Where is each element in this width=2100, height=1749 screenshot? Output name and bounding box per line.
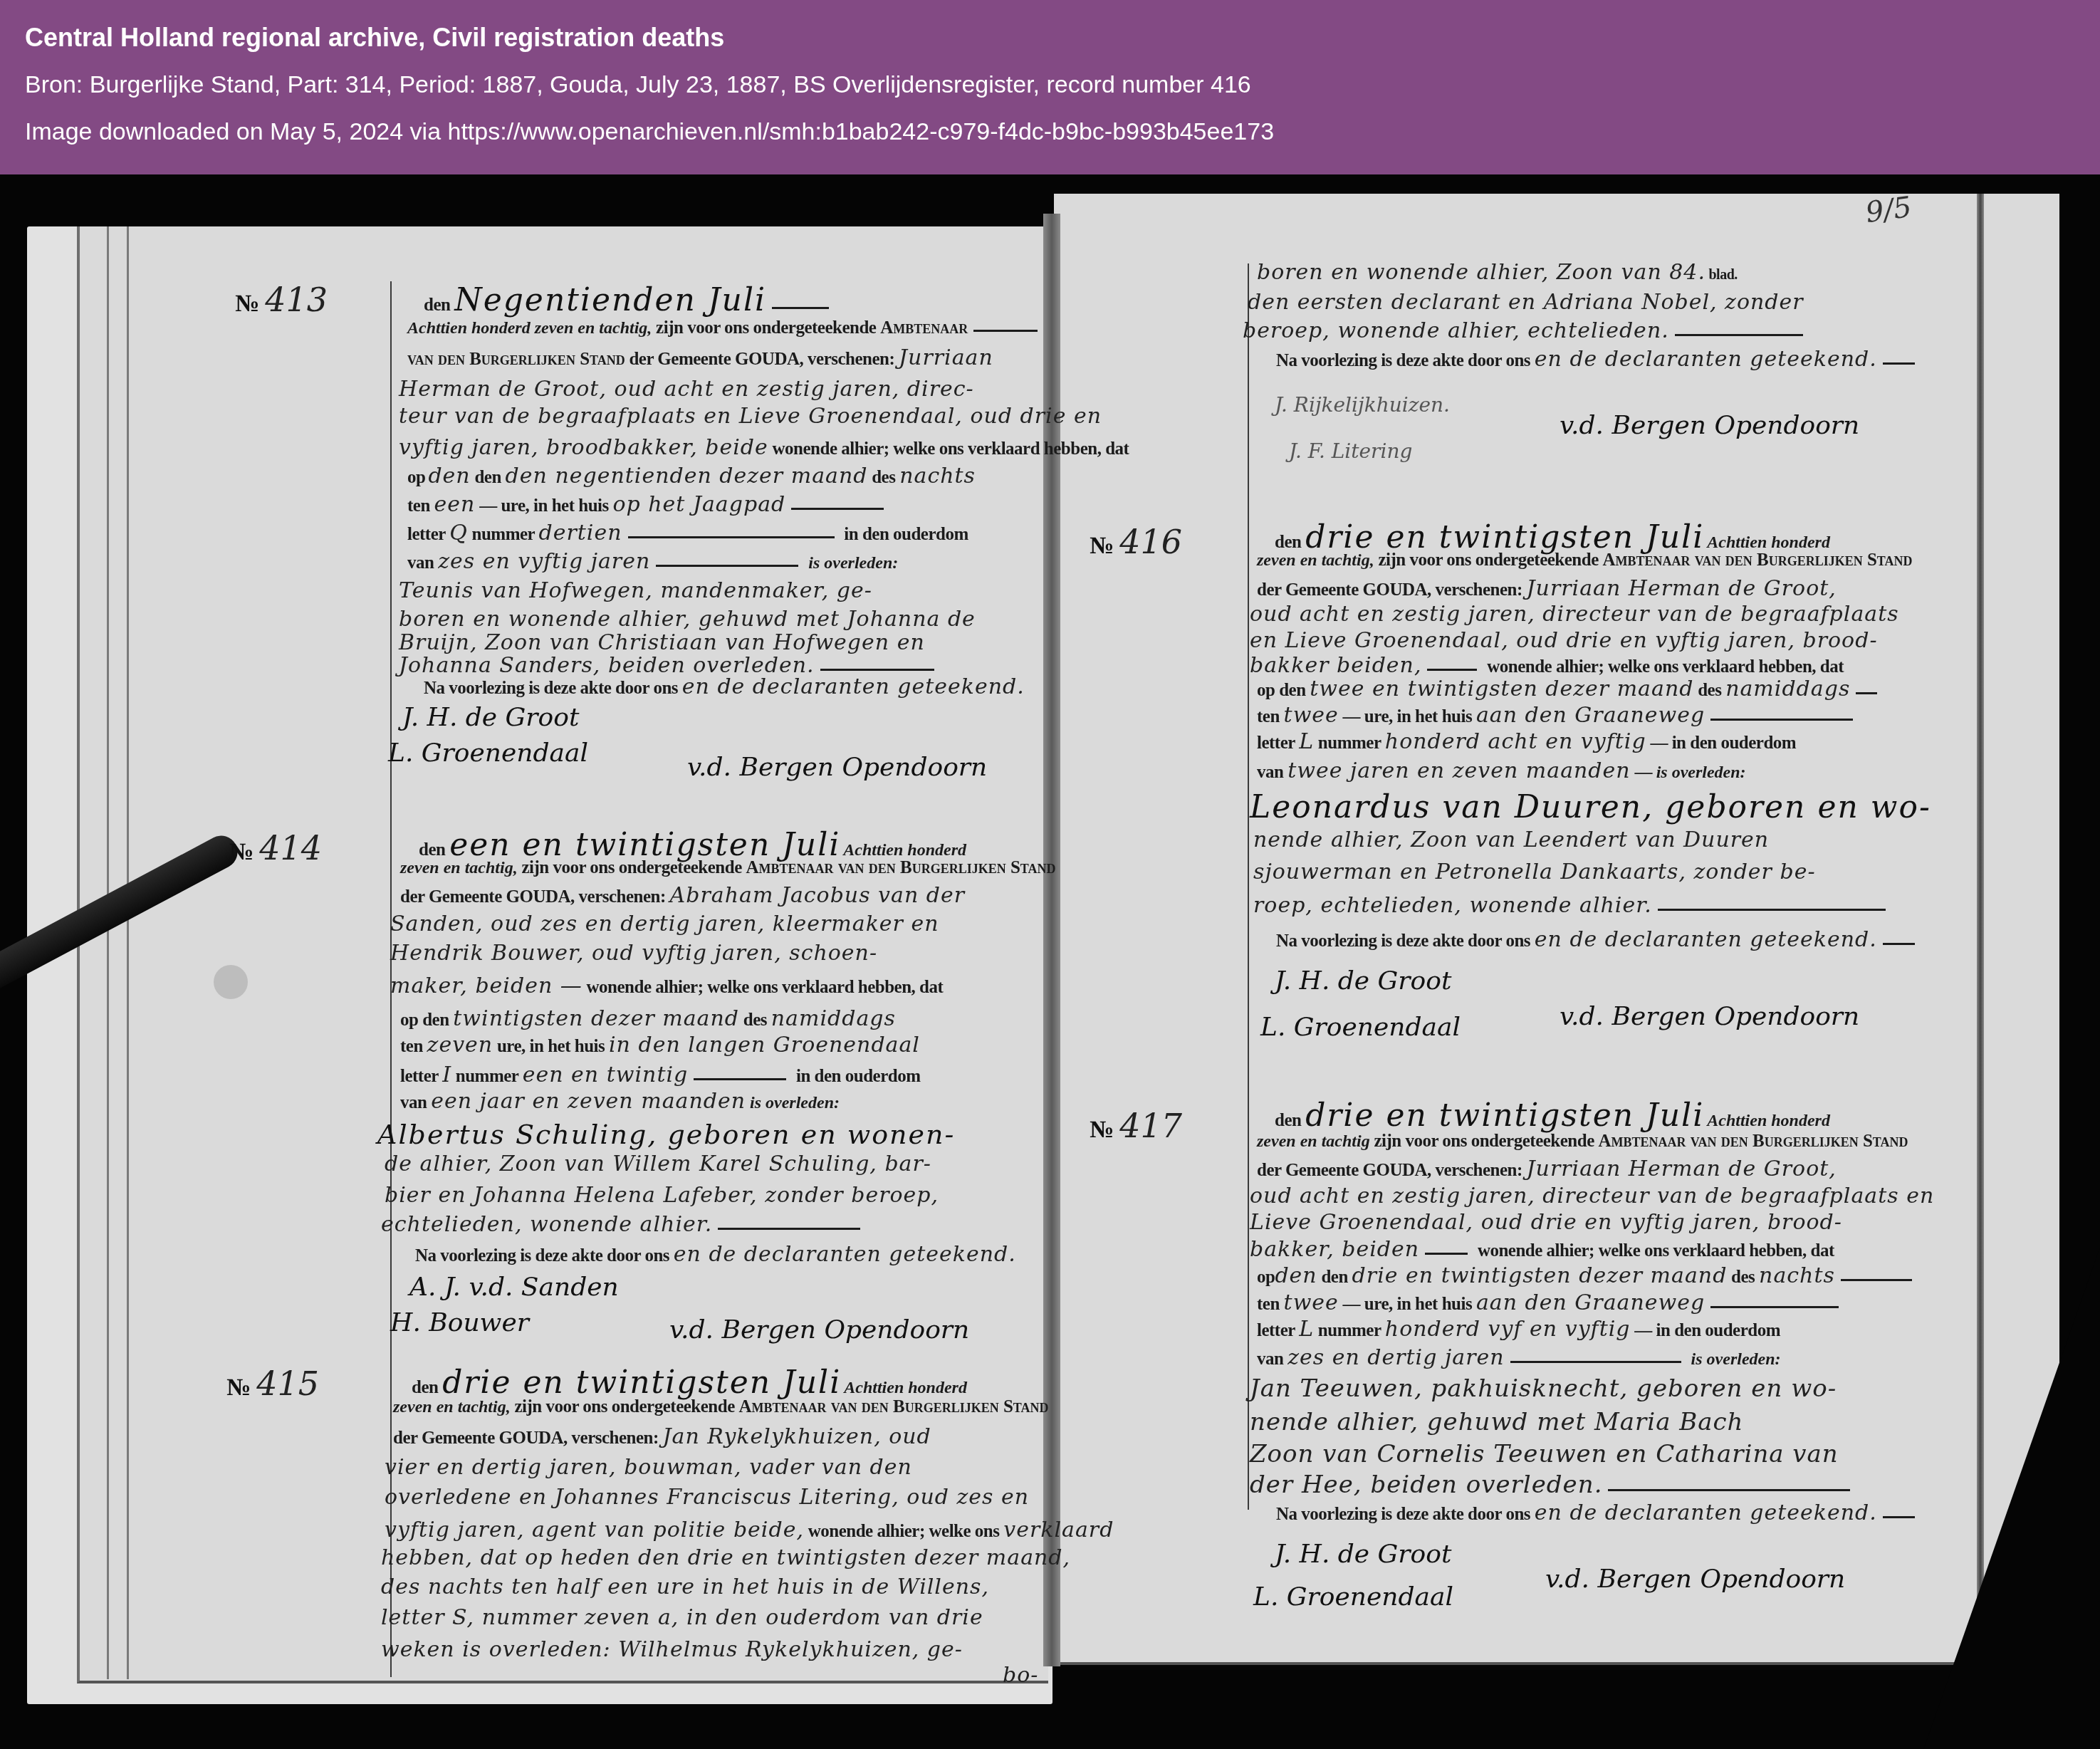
archive-header: Central Holland regional archive, Civil … <box>0 0 2100 174</box>
record-text: boren en wonende alhier, Zoon van 84. <box>1257 260 1705 285</box>
death-day: den negentienden dezer maand <box>506 464 868 489</box>
declarant: Abraham Jacobus van der <box>670 883 966 908</box>
deceased-name: Leonardus van Duuren, geboren en wo- <box>1250 789 1931 825</box>
printed-text: in den ouderdom <box>792 1067 920 1086</box>
printed-text: letter <box>407 525 449 544</box>
printed-text: der Gemeente GOUDA, verschenen: <box>625 350 899 369</box>
record-text: den eersten declarant en Adriana Nobel, … <box>1248 290 1804 315</box>
printed-text: is overleden: <box>746 1094 840 1112</box>
printed-text: letter <box>400 1067 442 1086</box>
record-text: weken is overleden: Wilhelmus Rykelykhui… <box>381 1637 963 1662</box>
number-sign: № <box>235 291 259 317</box>
printed-text: — in den ouderdom <box>1646 733 1796 753</box>
right-column-rule <box>1248 263 1249 1510</box>
right-margin-rule <box>1977 194 1984 1661</box>
folio-mark: 9/5 <box>1864 191 1913 230</box>
signature: v.d. Bergen Opendoorn <box>687 753 987 782</box>
printed-text: der Gemeente GOUDA, verschenen: <box>1257 580 1527 600</box>
printed-text: Achttien honderd <box>1707 1112 1830 1130</box>
declarant-details: oud acht en zestig jaren, directeur van … <box>1250 602 1899 627</box>
printed-text: Ambtenaar <box>880 318 968 338</box>
printed-text: op <box>407 468 425 487</box>
number-sign: № <box>229 839 254 865</box>
number-sign: № <box>226 1374 251 1401</box>
hour: twee <box>1284 703 1339 728</box>
record-text: beroep, wonende alhier, echtelieden. <box>1243 318 1669 343</box>
printed-text: op <box>1257 1268 1275 1287</box>
signature: A. J. v.d. Sanden <box>409 1273 619 1302</box>
signature: L. Groenendaal <box>1260 1013 1461 1042</box>
house-letter: L <box>1299 729 1314 754</box>
printed-text: der Gemeente GOUDA, verschenen: <box>1257 1161 1527 1180</box>
deceased-details: sjouwerman en Petronella Dankaarts, zond… <box>1253 860 1816 884</box>
time-of-day: namiddags <box>1725 677 1850 701</box>
deceased-details: boren en wonende alhier, gehuwd met Joha… <box>399 607 976 632</box>
declarant-details: Sanden, oud zes en dertig jaren, kleerma… <box>390 912 939 936</box>
printed-text: Achttien honderd <box>843 841 966 860</box>
printed-text: Achttien honderd zeven en tachtig, <box>407 319 652 338</box>
printed-text: — in den ouderdom <box>1631 1321 1780 1340</box>
declarant-details: en Lieve Groenendaal, oud drie en vyftig… <box>1250 628 1878 653</box>
printed-text: den <box>471 468 506 487</box>
printed-text: van <box>1257 1349 1287 1369</box>
declarant: Jurriaan Herman de Groot, <box>1527 576 1837 601</box>
printed-text: in den ouderdom <box>840 525 968 544</box>
handwritten-text: den <box>428 464 470 489</box>
deceased-name: Albertus Schuling, geboren en wonen- <box>377 1119 955 1150</box>
printed-text: des <box>739 1011 771 1030</box>
printed-text: letter <box>1257 1321 1299 1340</box>
declarant-details: Herman de Groot, oud acht en zestig jare… <box>399 377 974 402</box>
deceased-details: nende alhier, Zoon van Leendert van Duur… <box>1253 827 1769 852</box>
time-of-day: nachts <box>899 464 976 489</box>
printed-text: wonende alhier; welke ons <box>804 1522 1003 1541</box>
deceased-details: roep, echtelieden, wonende alhier. <box>1253 893 1652 918</box>
deceased-details: bier en Johanna Helena Lafeber, zonder b… <box>385 1183 939 1208</box>
record-text: hebben, dat op heden den drie en twintig… <box>381 1545 1070 1570</box>
time-of-day: namiddags <box>771 1006 896 1031</box>
printed-text: op den <box>400 1011 453 1030</box>
printed-text: — ure, in het huis <box>1339 707 1476 726</box>
printed-text: zeven en tachtig, <box>1257 551 1374 570</box>
record-number: 417 <box>1119 1107 1182 1145</box>
deceased-details: Bruijn, Zoon van Christiaan van Hofwegen… <box>399 630 925 655</box>
age: een jaar en zeven maanden <box>431 1089 746 1114</box>
record-text: des nachts ten half een ure in het huis … <box>381 1575 989 1599</box>
house-number: honderd acht en vyftig <box>1385 729 1646 754</box>
deceased-details: der Hee, beiden overleden. <box>1250 1471 1602 1499</box>
house-location: aan den Graaneweg <box>1476 1290 1705 1315</box>
signed-note: en de declaranten geteekend. <box>1535 1500 1877 1525</box>
declarant-details: vier en dertig jaren, bouwman, vader van… <box>385 1455 912 1480</box>
printed-text: den <box>1275 533 1305 552</box>
hour: een <box>434 492 476 517</box>
declarant-details: Lieve Groenendaal, oud drie en vyftig ja… <box>1250 1210 1842 1235</box>
printed-text: — ure, in het huis <box>1339 1295 1476 1314</box>
signature: v.d. Bergen Opendoorn <box>669 1315 969 1345</box>
printed-text: der Gemeente GOUDA, verschenen: <box>400 887 670 907</box>
declarant-details: bakker beiden, <box>1250 653 1421 678</box>
declarant: Jurriaan Herman de Groot, <box>1527 1157 1837 1181</box>
declarant-details: vyftig jaren, broodbakker, beide <box>399 435 768 460</box>
signature: L. Groenendaal <box>1253 1582 1453 1612</box>
declarant: Jurriaan <box>899 345 993 370</box>
source-citation: Bron: Burgerlijke Stand, Part: 314, Peri… <box>25 71 1251 99</box>
printed-text: nummer <box>1314 1321 1385 1340</box>
printed-text: Na voorlezing is deze akte door ons <box>1276 1505 1535 1524</box>
age: zes en dertig jaren <box>1287 1345 1504 1370</box>
house-number: honderd vyf en vyftig <box>1385 1317 1631 1342</box>
handwritten-text: den <box>1275 1263 1317 1288</box>
printed-text: zijn voor ons ondergeteekende <box>1370 1132 1599 1151</box>
printed-text: zeven en tachtig, <box>393 1398 511 1416</box>
signature: L. Groenendaal <box>388 738 588 768</box>
signature: J. H. de Groot <box>1275 1540 1451 1569</box>
declarant-details: vyftig jaren, agent van politie beide, <box>385 1518 804 1542</box>
printed-text: Na voorlezing is deze akte door ons <box>1276 931 1535 951</box>
printed-text: zijn voor ons ondergeteekende <box>511 1397 739 1416</box>
page-stack-line <box>107 226 109 1679</box>
record-text: letter S, nummer zeven a, in den ouderdo… <box>381 1605 983 1630</box>
signed-note: en de declaranten geteekend. <box>682 674 1025 699</box>
printed-text: van den Burgerlijken Stand <box>407 350 625 369</box>
printed-text: is overleden: <box>1687 1350 1781 1369</box>
printed-text: den <box>424 296 454 315</box>
printed-text: ten <box>400 1037 427 1056</box>
printed-text: Achttien honderd <box>844 1379 967 1397</box>
printed-text: den <box>1275 1111 1305 1130</box>
age: zes en vyftig jaren <box>438 549 650 574</box>
signature: v.d. Bergen Opendoorn <box>1545 1565 1845 1594</box>
house-number: een en twintig <box>523 1063 688 1087</box>
house-number: dertien <box>539 521 622 545</box>
signed-note: en de declaranten geteekend. <box>1535 927 1877 952</box>
record-date: drie en twintigsten Juli <box>1305 1097 1704 1134</box>
signature: H. Bouwer <box>390 1308 529 1337</box>
printed-text: Achttien honderd <box>1707 533 1830 552</box>
signed-note: en de declaranten geteekend. <box>674 1242 1016 1267</box>
printed-text: zijn voor ons ondergeteekende <box>652 318 880 338</box>
time-of-day: nachts <box>1759 1263 1835 1288</box>
printed-text: wonende alhier; welke ons verklaard hebb… <box>1473 1241 1834 1260</box>
printed-text: letter <box>1257 733 1299 753</box>
record-text: bo- <box>1003 1663 1038 1688</box>
record-date: Negentienden Juli <box>454 282 766 318</box>
printed-text: des <box>1693 681 1725 700</box>
printed-text: zijn voor ons ondergeteekende <box>1374 550 1603 570</box>
archive-title: Central Holland regional archive, Civil … <box>25 23 724 53</box>
printed-text: Ambtenaar van den Burgerlijken Stand <box>738 1397 1048 1416</box>
printed-text: Na voorlezing is deze akte door ons <box>415 1246 674 1265</box>
printed-text: ten <box>407 496 434 516</box>
download-note: Image downloaded on May 5, 2024 via http… <box>25 118 1274 146</box>
printed-text: ten <box>1257 1295 1284 1314</box>
declarant-details: maker, beiden — <box>390 973 583 998</box>
printed-text: den <box>1317 1268 1352 1287</box>
printed-text: wonende alhier; welke ons verklaard hebb… <box>1483 657 1844 677</box>
declarant-details: overledene en Johannes Franciscus Literi… <box>385 1485 1029 1510</box>
printed-text: des <box>1727 1268 1759 1287</box>
printed-text: op den <box>1257 681 1310 700</box>
declarant-details: oud acht en zestig jaren, directeur van … <box>1250 1184 1934 1208</box>
number-sign: № <box>1090 533 1114 559</box>
printed-text: van <box>407 553 438 573</box>
declarant: Jan Rykelykhuizen, oud <box>663 1424 931 1449</box>
deceased-details: nende alhier, gehuwd met Maria Bach <box>1250 1408 1743 1436</box>
printed-text: is overleden: <box>804 554 898 573</box>
number-sign: № <box>1090 1117 1114 1143</box>
handwritten-text: verklaard <box>1003 1518 1114 1542</box>
printed-text: zeven en tachtig, <box>400 859 518 877</box>
house-location: aan den Graaneweg <box>1476 703 1705 728</box>
house-location: op het Jaagpad <box>612 492 785 517</box>
printed-text: — ure, in het huis <box>475 496 612 516</box>
printed-text: blad. <box>1705 267 1738 283</box>
signature: J. Rijkelijkhuizen. <box>1275 393 1450 417</box>
printed-text: Na voorlezing is deze akte door ons <box>1276 351 1535 370</box>
page-stack-line <box>127 226 129 1679</box>
house-location: in den langen Groenendaal <box>609 1033 920 1058</box>
death-day: drie en twintigsten dezer maand <box>1352 1263 1728 1288</box>
death-day: twintigsten dezer maand <box>453 1006 739 1031</box>
age: twee jaren en zeven maanden <box>1287 758 1630 783</box>
house-letter: L <box>1299 1317 1314 1342</box>
printed-text: des <box>867 468 899 487</box>
house-letter: Q <box>449 521 468 545</box>
signature: v.d. Bergen Opendoorn <box>1560 411 1859 440</box>
printed-text: nummer <box>451 1067 523 1086</box>
signature: J. H. de Groot <box>402 703 579 732</box>
printed-text: wonende alhier; welke ons verklaard hebb… <box>768 439 1129 459</box>
signed-note: en de declaranten geteekend. <box>1535 347 1877 372</box>
printed-text: zijn voor ons ondergeteekende <box>518 858 746 877</box>
deceased-details: echtelieden, wonende alhier. <box>381 1212 712 1237</box>
deceased-name: Teunis van Hofwegen, mandenmaker, ge- <box>399 578 872 603</box>
printed-text: zeven en tachtig <box>1257 1132 1370 1151</box>
record-number: 414 <box>259 829 322 867</box>
book-gutter <box>1043 214 1060 1666</box>
record-date: drie en twintigsten Juli <box>442 1364 841 1401</box>
declarant-details: teur van de begraafplaats en Lieve Groen… <box>399 404 1102 429</box>
hour: zeven <box>427 1033 493 1058</box>
house-letter: I <box>442 1063 451 1087</box>
printed-text: nummer <box>468 525 539 544</box>
printed-text: Na voorlezing is deze akte door ons <box>424 679 682 698</box>
printed-text: is overleden: <box>1656 763 1746 782</box>
death-day: twee en twintigsten dezer maand <box>1310 677 1693 701</box>
deceased-name: Jan Teeuwen, pakhuisknecht, geboren en w… <box>1250 1374 1837 1403</box>
declarant-details: Hendrik Bouwer, oud vyftig jaren, schoen… <box>390 941 877 966</box>
record-number: 416 <box>1119 523 1182 561</box>
pencil-eraser <box>214 965 248 999</box>
printed-text: der Gemeente GOUDA, verschenen: <box>393 1429 663 1448</box>
printed-text: van <box>400 1093 431 1112</box>
declarant-details: bakker, beiden <box>1250 1237 1419 1262</box>
deceased-details: Zoon van Cornelis Teeuwen en Catharina v… <box>1250 1440 1839 1468</box>
printed-text: ure, in het huis <box>493 1037 609 1056</box>
printed-text: Ambtenaar van den Burgerlijken Stand <box>746 858 1055 877</box>
signature: J. F. Litering <box>1289 439 1412 463</box>
printed-text: van <box>1257 763 1287 782</box>
printed-text: Ambtenaar van den Burgerlijken Stand <box>1598 1132 1908 1151</box>
signature: J. H. de Groot <box>1275 966 1451 996</box>
deceased-details: de alhier, Zoon van Willem Karel Schulin… <box>385 1152 931 1176</box>
record-number: 413 <box>265 281 328 319</box>
printed-text: wonende alhier; welke ons verklaard hebb… <box>583 978 944 997</box>
printed-text: den <box>412 1378 442 1397</box>
record-number: 415 <box>256 1364 319 1403</box>
hour: twee <box>1284 1290 1339 1315</box>
printed-text: Ambtenaar van den Burgerlijken Stand <box>1602 550 1912 570</box>
printed-text: nummer <box>1314 733 1385 753</box>
printed-text: den <box>419 840 449 860</box>
printed-text: ten <box>1257 707 1284 726</box>
signature: v.d. Bergen Opendoorn <box>1560 1002 1859 1031</box>
